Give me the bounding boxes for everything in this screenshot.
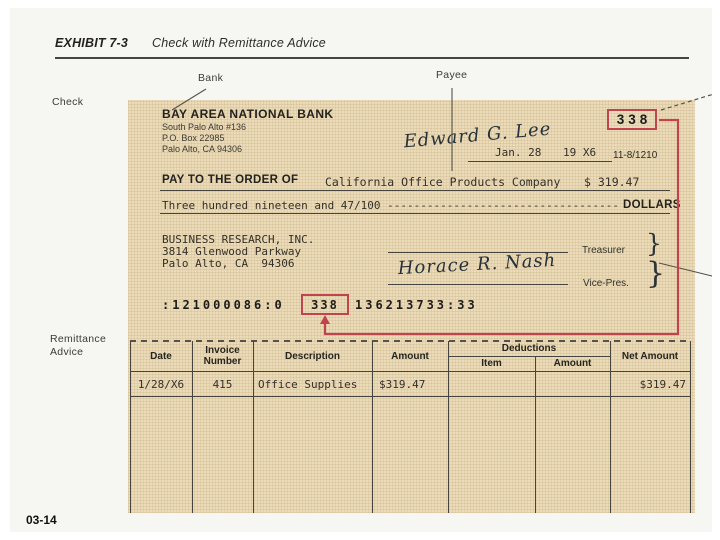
micr-check-number: 338: [311, 298, 339, 312]
callout-check: Check: [52, 96, 83, 108]
row-description: Office Supplies: [253, 372, 372, 396]
header-deductions-amount: Amount: [535, 356, 610, 371]
payer-address-line2: Palo Alto, CA 94306: [162, 257, 294, 270]
header-date: Date: [130, 341, 192, 371]
callout-remittance-advice: Remittance Advice: [50, 333, 124, 359]
callout-payee: Payee: [436, 69, 467, 81]
header-net-amount: Net Amount: [610, 341, 690, 371]
check-number: 338: [613, 112, 652, 127]
bank-address-line3: Palo Alto, CA 94306: [162, 144, 242, 155]
check-year: 19 X6: [563, 146, 596, 159]
amount-words: Three hundred nineteen and 47/100 ------…: [162, 199, 619, 212]
row-amount: $319.47: [372, 372, 448, 396]
bank-fraction: 11-8/1210: [613, 150, 657, 161]
signature-line-2: [388, 284, 568, 285]
header-description: Description: [253, 341, 372, 371]
callout-bank: Bank: [198, 72, 223, 84]
header-amount: Amount: [372, 341, 448, 371]
row-deduction-amount: [535, 372, 610, 396]
micr-check-number-box: 338: [301, 294, 349, 315]
header-deductions: Deductions: [448, 341, 610, 356]
table-row-rule: [130, 396, 690, 397]
check-number-box: 338: [607, 109, 657, 130]
page-number: 03-14: [26, 513, 57, 527]
row-date: 1/28/X6: [130, 372, 192, 396]
exhibit-label: EXHIBIT 7-3: [55, 36, 128, 50]
words-underline: [160, 213, 670, 214]
signature-title-1: Treasurer: [582, 245, 625, 256]
brace-2: }: [646, 259, 665, 289]
title-rule: [55, 57, 689, 59]
exhibit-title: Check with Remittance Advice: [152, 36, 326, 50]
bank-name: BAY AREA NATIONAL BANK: [162, 107, 333, 121]
row-net-amount: $319.47: [610, 372, 690, 396]
pay-to-label: PAY TO THE ORDER OF: [162, 174, 298, 186]
brace-1: }: [646, 231, 662, 256]
table-border-right: [690, 341, 691, 513]
signature-title-2: Vice-Pres.: [583, 278, 629, 289]
amount-numeric: $ 319.47: [584, 175, 639, 189]
header-deductions-item: Item: [448, 356, 535, 371]
bank-address-line1: South Palo Alto #136: [162, 122, 246, 133]
dollars-label: DOLLARS: [623, 199, 681, 211]
payee-name: California Office Products Company: [325, 175, 560, 189]
row-invoice: 415: [192, 372, 253, 396]
row-deduction-item: [448, 372, 535, 396]
bank-address-line2: P.O. Box 22985: [162, 133, 224, 144]
micr-left: :121000086:0: [162, 298, 285, 312]
micr-right: 136213733:33: [355, 298, 478, 312]
check-date: Jan. 28: [495, 146, 541, 159]
header-invoice-number: Invoice Number: [192, 341, 253, 371]
payee-underline: [160, 190, 670, 191]
slide: EXHIBIT 7-3 Check with Remittance Advice…: [0, 0, 720, 540]
date-underline: [468, 161, 612, 162]
